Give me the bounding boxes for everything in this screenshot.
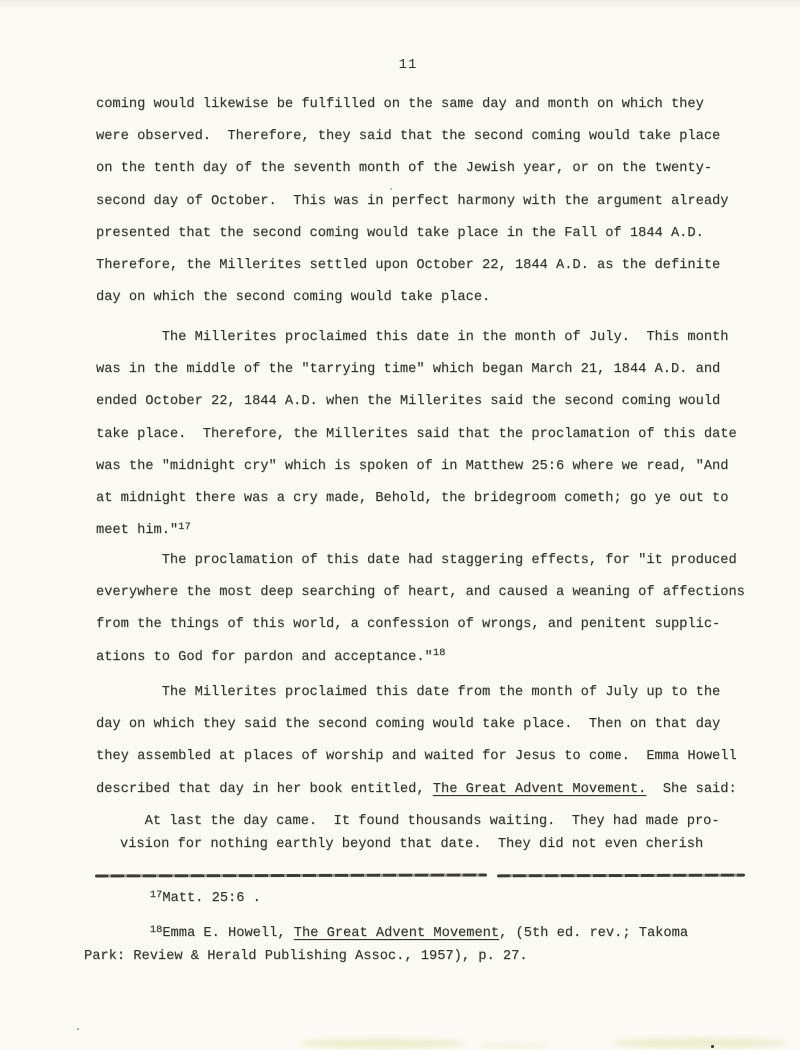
- text-line: from the things of this world, a confess…: [96, 609, 766, 641]
- text-segment: from the things of this world, a confess…: [96, 617, 720, 632]
- text-line: take place. Therefore, the Millerites sa…: [96, 419, 766, 451]
- text-segment: presented that the second coming would t…: [96, 226, 704, 241]
- text-segment: Matt. 25:6 .: [162, 891, 261, 906]
- block-quote: At last the day came. It found thousands…: [120, 810, 750, 856]
- text-segment: take place. Therefore, the Millerites sa…: [96, 427, 737, 442]
- text-segment: everywhere the most deep searching of he…: [96, 585, 745, 600]
- text-line: described that day in her book entitled,…: [96, 774, 766, 806]
- scan-smudge: [478, 1043, 548, 1048]
- text-line: everywhere the most deep searching of he…: [96, 577, 766, 609]
- text-segment: Therefore, the Millerites settled upon O…: [96, 258, 720, 273]
- document-page: 11 coming would likewise be fulfilled on…: [0, 0, 800, 1050]
- ink-speck: [711, 1045, 714, 1048]
- text-segment: second day of October. This was in perfe…: [96, 194, 728, 209]
- text-segment: meet him.": [96, 523, 178, 538]
- text-segment: day on which they said the second coming…: [96, 717, 720, 732]
- text-line: was in the middle of the "tarrying time"…: [96, 354, 766, 386]
- superscript-marker: 17: [150, 889, 163, 901]
- text-segment: The proclamation of this date had stagge…: [96, 553, 737, 568]
- text-segment: day on which the second coming would tak…: [96, 290, 490, 305]
- text-segment: ations to God for pardon and acceptance.…: [96, 650, 433, 665]
- text-line: meet him."17: [96, 515, 766, 547]
- superscript-marker: 18: [433, 647, 446, 659]
- text-line: was the "midnight cry" which is spoken o…: [96, 451, 766, 483]
- paragraph-2: The Millerites proclaimed this date in t…: [96, 322, 766, 547]
- text-segment: The Millerites proclaimed this date in t…: [96, 330, 728, 345]
- text-segment: they assembled at places of worship and …: [96, 749, 737, 764]
- scan-edge-shade: [0, 0, 800, 10]
- paragraph-4: The Millerites proclaimed this date from…: [96, 677, 766, 806]
- text-line: The proclamation of this date had stagge…: [96, 545, 766, 577]
- text-line: second day of October. This was in perfe…: [96, 186, 766, 218]
- underlined-title: The Great Advent Movement: [294, 926, 499, 941]
- text-segment: was the "midnight cry" which is spoken o…: [96, 459, 728, 474]
- text-segment: She said:: [646, 782, 736, 797]
- footnote-18: 18Emma E. Howell, The Great Advent Movem…: [84, 923, 774, 968]
- superscript-marker: 17: [178, 521, 191, 533]
- text-line: on the tenth day of the seventh month of…: [96, 153, 766, 185]
- text-line: presented that the second coming would t…: [96, 218, 766, 250]
- underlined-title: The Great Advent Movement.: [433, 782, 647, 797]
- text-segment: at midnight there was a cry made, Behold…: [96, 491, 728, 506]
- text-segment: At last the day came. It found thousands…: [120, 814, 720, 829]
- text-segment: Emma E. Howell,: [162, 926, 293, 941]
- paragraph-3: The proclamation of this date had stagge…: [96, 545, 766, 674]
- text-line: At last the day came. It found thousands…: [120, 810, 750, 833]
- text-segment: [84, 926, 150, 941]
- text-line: they assembled at places of worship and …: [96, 741, 766, 773]
- footnote-separator: [0, 872, 800, 878]
- text-segment: The Millerites proclaimed this date from…: [96, 685, 720, 700]
- text-line: ended October 22, 1844 A.D. when the Mil…: [96, 386, 766, 418]
- superscript-marker: 18: [150, 924, 163, 936]
- text-segment: vision for nothing earthly beyond that d…: [120, 837, 703, 852]
- text-line: 17Matt. 25:6 .: [84, 888, 774, 911]
- text-segment: Park: Review & Herald Publishing Assoc.,…: [84, 949, 528, 964]
- text-segment: were observed. Therefore, they said that…: [96, 129, 720, 144]
- text-line: 18Emma E. Howell, The Great Advent Movem…: [84, 923, 774, 946]
- text-line: coming would likewise be fulfilled on th…: [96, 89, 766, 121]
- ink-speck: [77, 1028, 79, 1030]
- scan-smudge: [612, 1038, 787, 1048]
- text-line: day on which the second coming would tak…: [96, 282, 766, 314]
- scan-smudge: [300, 1039, 465, 1048]
- text-segment: , (5th ed. rev.; Takoma: [499, 926, 688, 941]
- ink-speck: [390, 188, 392, 190]
- text-segment: ended October 22, 1844 A.D. when the Mil…: [96, 394, 720, 409]
- text-line: Park: Review & Herald Publishing Assoc.,…: [84, 946, 774, 969]
- footnote-17: 17Matt. 25:6 .: [84, 888, 774, 911]
- text-line: The Millerites proclaimed this date in t…: [96, 322, 766, 354]
- text-line: Therefore, the Millerites settled upon O…: [96, 250, 766, 282]
- text-segment: described that day in her book entitled,: [96, 782, 433, 797]
- text-line: at midnight there was a cry made, Behold…: [96, 483, 766, 515]
- text-line: The Millerites proclaimed this date from…: [96, 677, 766, 709]
- text-line: were observed. Therefore, they said that…: [96, 121, 766, 153]
- text-line: vision for nothing earthly beyond that d…: [120, 833, 750, 856]
- text-segment: coming would likewise be fulfilled on th…: [96, 97, 704, 112]
- text-line: ations to God for pardon and acceptance.…: [96, 642, 766, 674]
- text-segment: was in the middle of the "tarrying time"…: [96, 362, 720, 377]
- text-line: day on which they said the second coming…: [96, 709, 766, 741]
- paragraph-1: coming would likewise be fulfilled on th…: [96, 89, 766, 314]
- text-segment: on the tenth day of the seventh month of…: [96, 161, 712, 176]
- page-number: 11: [0, 57, 800, 73]
- text-segment: [84, 891, 150, 906]
